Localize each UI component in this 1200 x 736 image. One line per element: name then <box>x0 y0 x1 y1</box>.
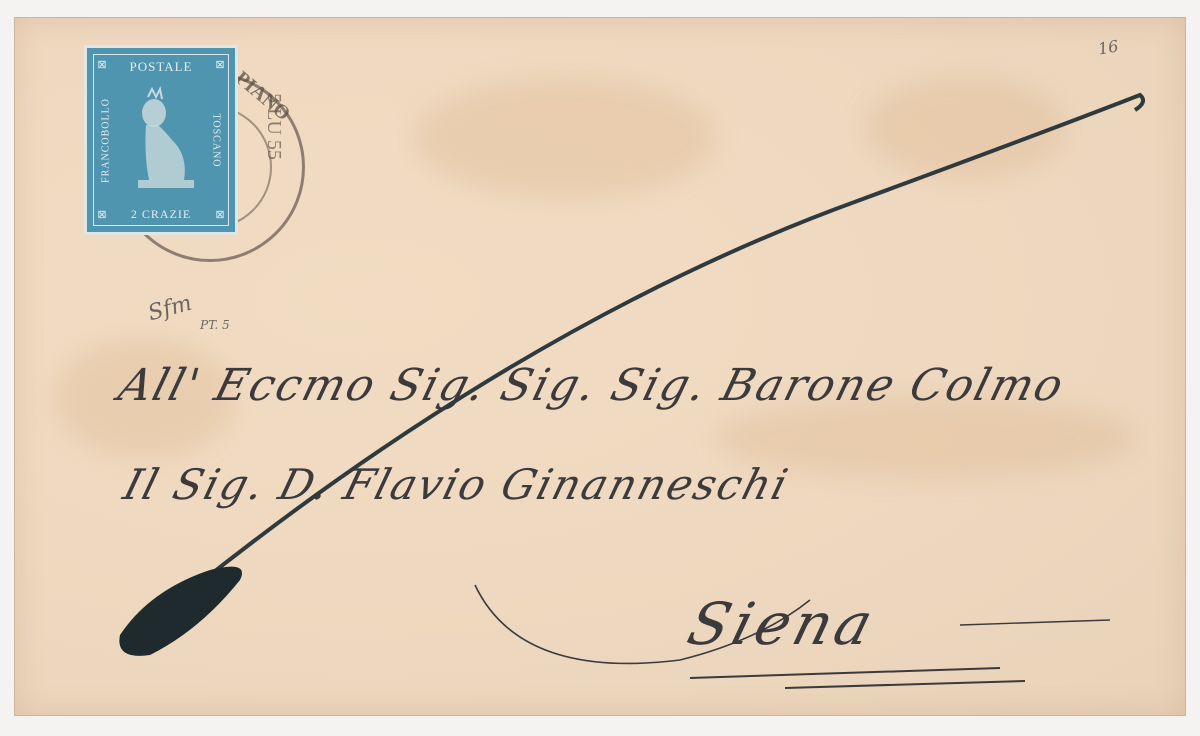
ink-blot <box>119 567 242 656</box>
cancellation-stroke <box>130 95 1143 640</box>
underline-2 <box>785 681 1025 688</box>
flourish-curve <box>475 585 810 663</box>
underline-1 <box>690 668 1000 678</box>
ink-strokes <box>0 0 1200 736</box>
city-tail-stroke <box>960 620 1110 625</box>
